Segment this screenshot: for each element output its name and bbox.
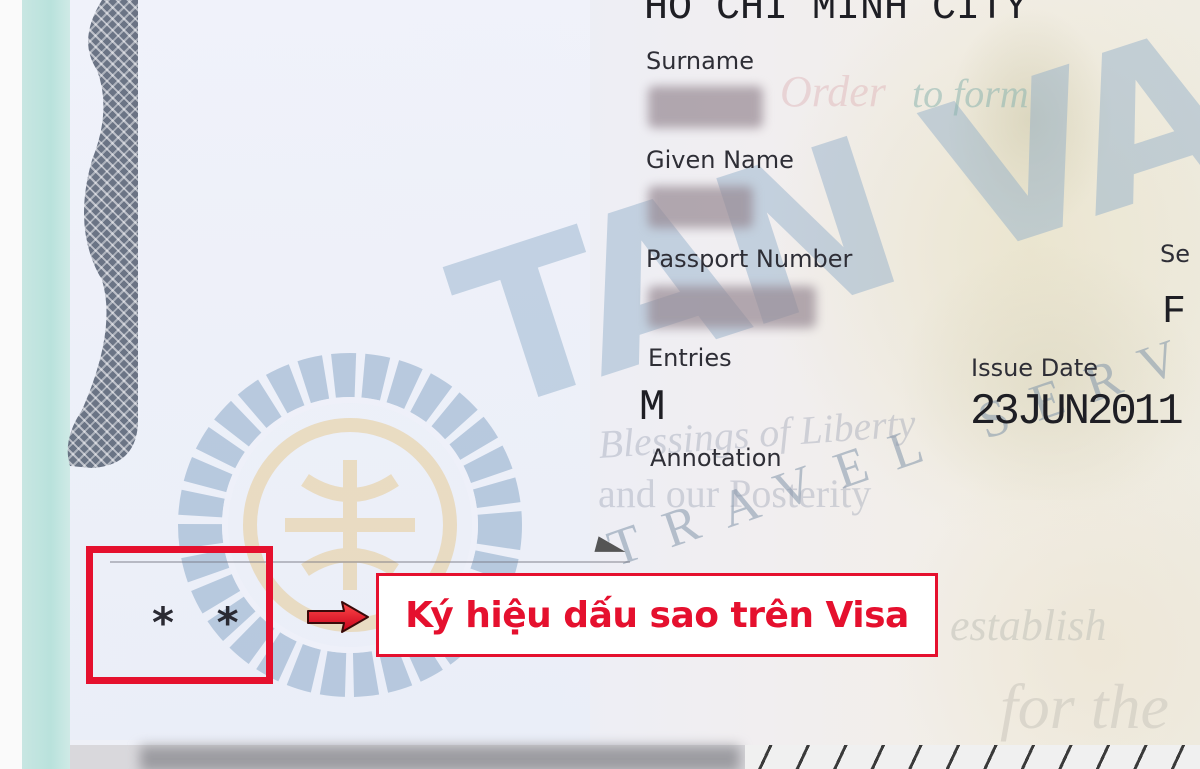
issuing-city: HO CHI MINH CITY (644, 0, 1028, 31)
entries-label: Entries (648, 344, 732, 372)
mrz-redacted (140, 746, 740, 769)
visa-photo: TAN VAN TRAVEL SERV Order to form Blessi… (0, 0, 1200, 769)
surname-redacted (648, 86, 763, 128)
teal-border-strip (22, 0, 70, 769)
script-watermark: and our Posterity (598, 470, 871, 517)
given-name-redacted (648, 186, 753, 228)
right-arrow-icon (306, 600, 370, 634)
given-name-label: Given Name (646, 146, 794, 174)
script-watermark: Order (780, 66, 886, 117)
annotation-label: Annotation (650, 444, 782, 472)
issue-date-value: 23JUN2011 (970, 387, 1181, 437)
callout-label: Ký hiệu dấu sao trên Visa (405, 595, 909, 636)
passport-number-redacted (648, 286, 816, 328)
sex-label: Se (1160, 240, 1190, 268)
issue-date-label: Issue Date (971, 354, 1098, 382)
passport-number-label: Passport Number (646, 245, 852, 273)
highlight-box (86, 546, 273, 684)
surname-label: Surname (646, 47, 754, 75)
script-watermark: for the (1000, 670, 1169, 744)
page-edge (0, 0, 22, 769)
mrz-hatch-pattern (745, 745, 1200, 769)
script-watermark: to form (912, 70, 1029, 117)
script-watermark: establish (950, 600, 1106, 651)
sex-value: F (1162, 290, 1186, 335)
callout-label-box: Ký hiệu dấu sao trên Visa (376, 573, 938, 657)
entries-value: M (639, 383, 665, 433)
